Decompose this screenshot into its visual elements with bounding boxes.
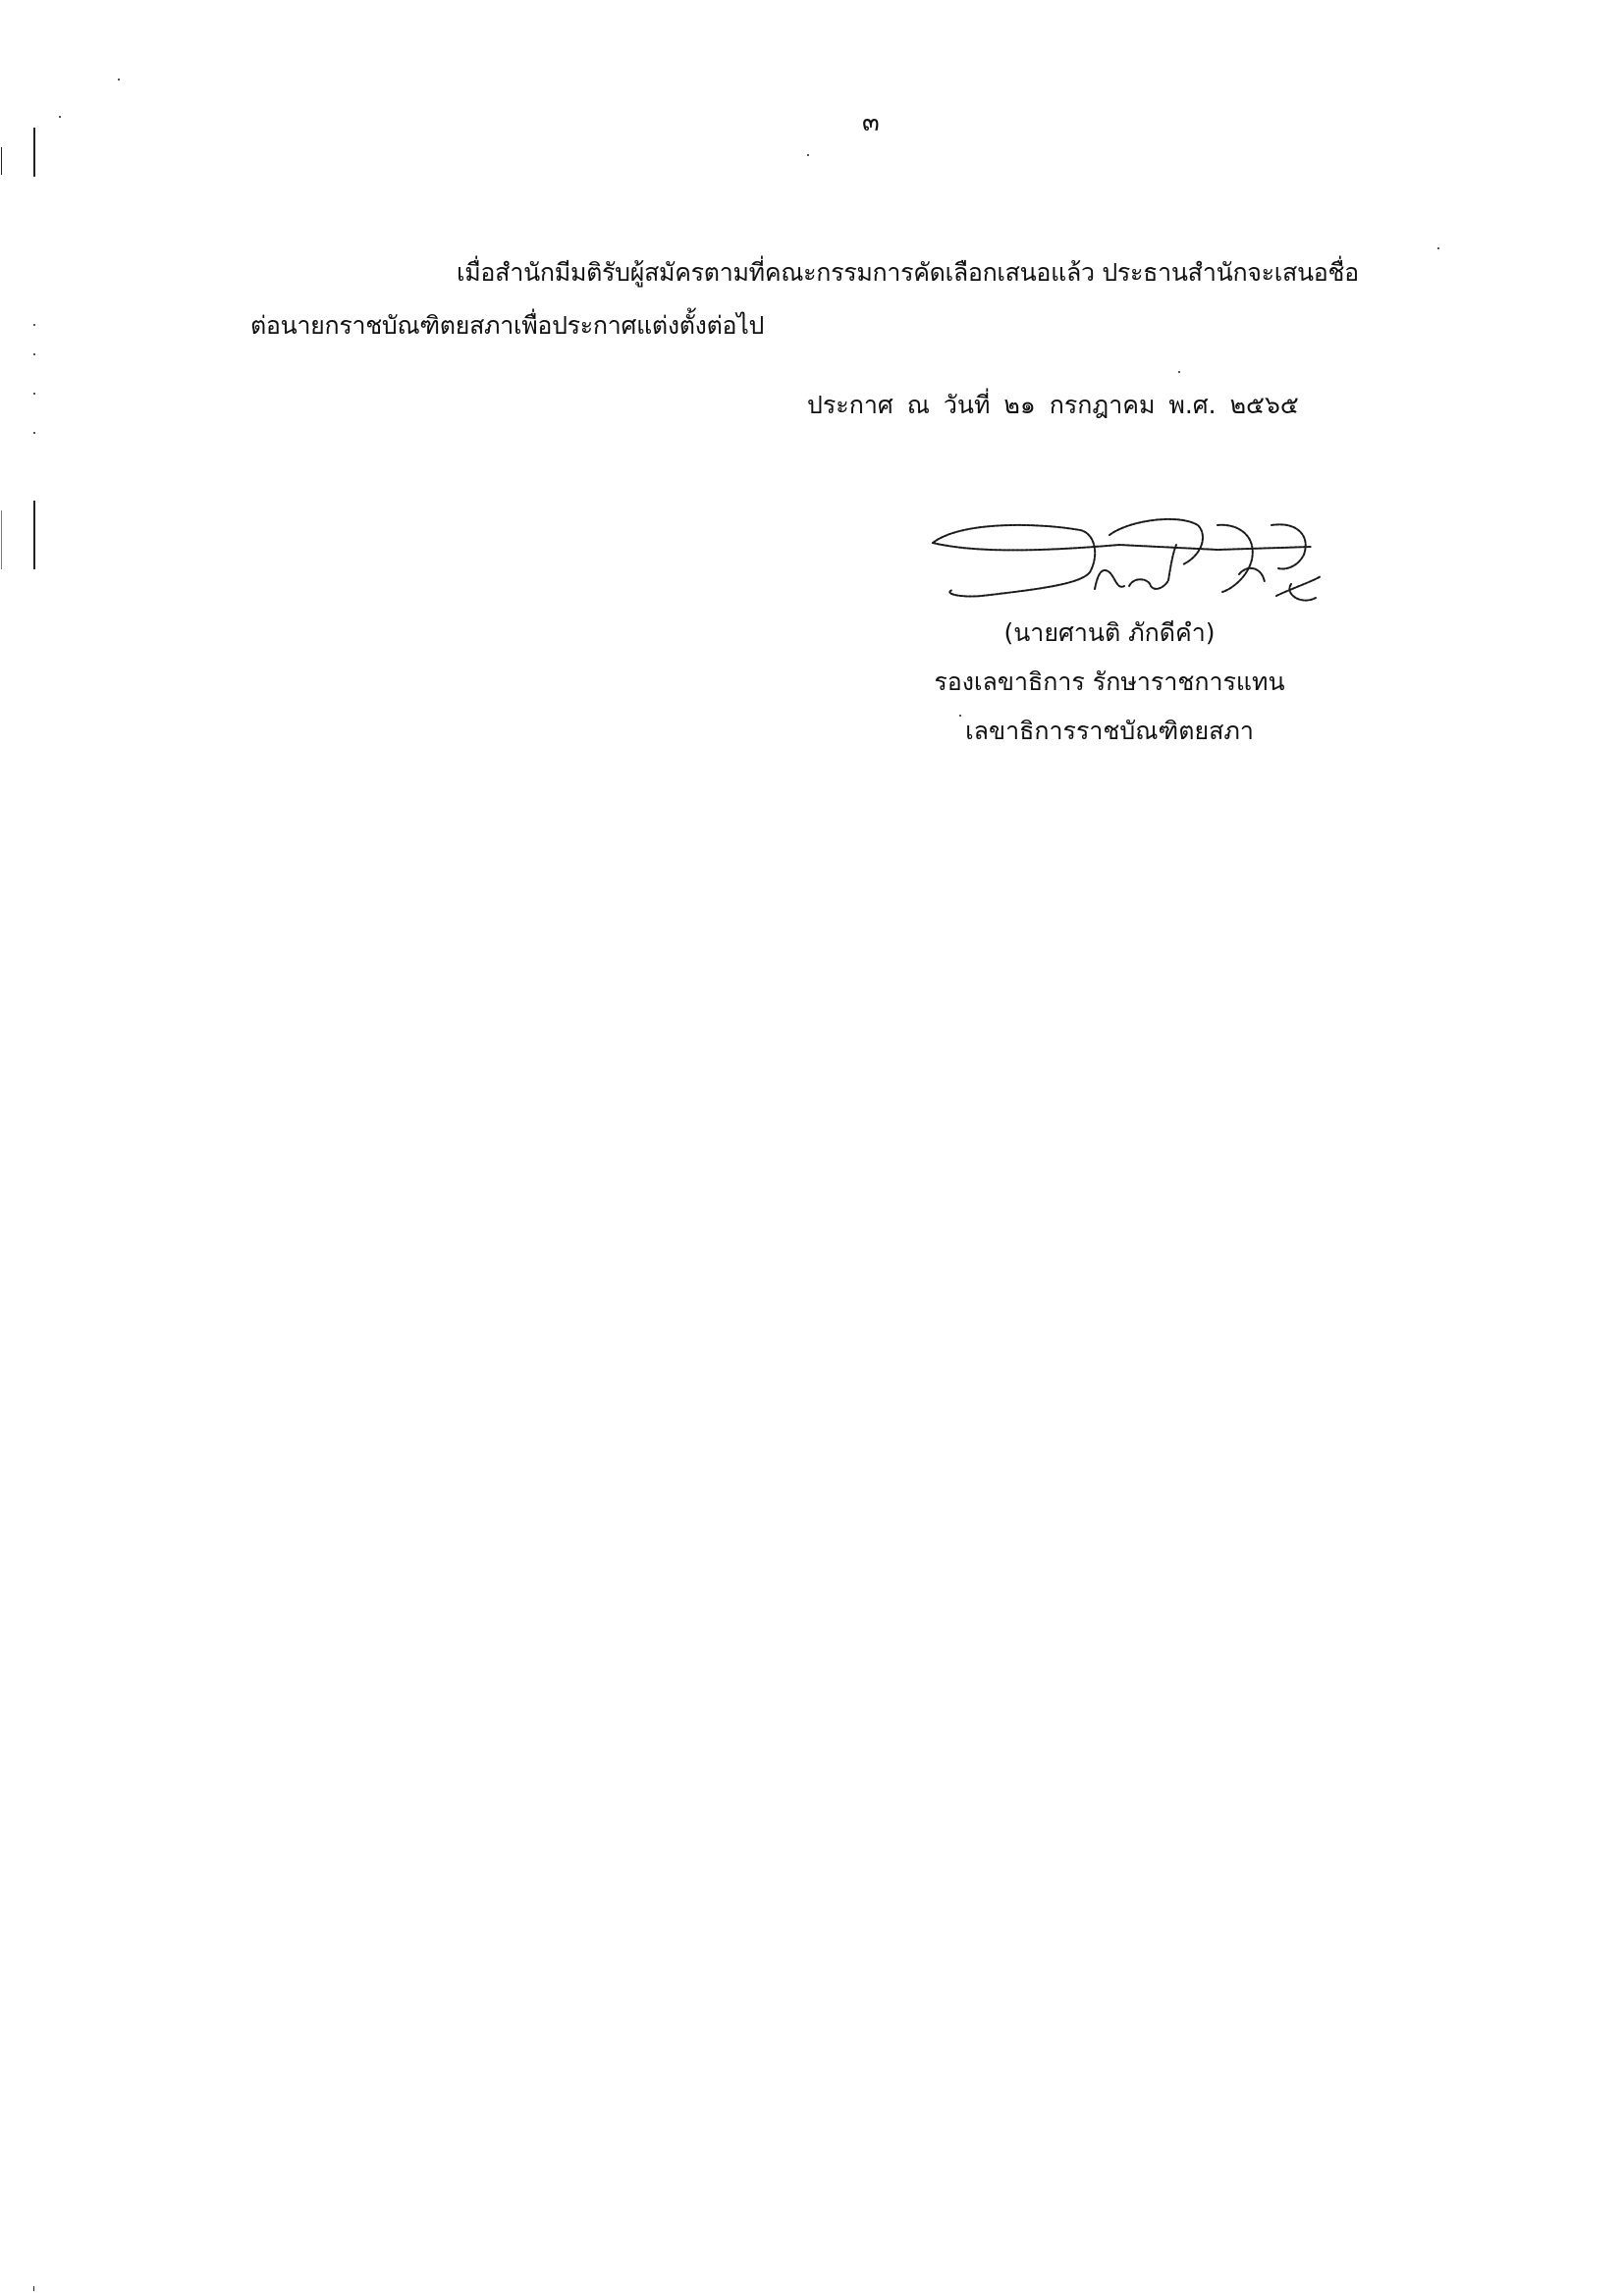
scan-artifact	[33, 324, 35, 326]
page-number: ๓	[862, 110, 880, 135]
scan-artifact	[33, 501, 35, 569]
scan-artifact	[33, 432, 35, 434]
scan-artifact	[118, 79, 120, 80]
scan-artifact	[1437, 247, 1439, 249]
signatory-block: (นายศานติ ภักดีคำ) รองเลขาธิการ รักษาราช…	[864, 609, 1355, 756]
signatory-position-line-1: รองเลขาธิการ รักษาราชการแทน	[864, 658, 1355, 707]
scan-artifact	[33, 2286, 34, 2291]
scan-artifact	[33, 128, 35, 177]
body-paragraph-line-2: ต่อนายกราชบัณฑิตยสภาเพื่อประกาศแต่งตั้งต…	[250, 306, 764, 346]
scan-artifact	[33, 393, 35, 395]
signature-icon	[923, 496, 1325, 604]
signatory-name: (นายศานติ ภักดีคำ)	[864, 609, 1355, 658]
document-page: ๓ เมื่อสำนักมีมติรับผู้สมัครตามที่คณะกรร…	[0, 0, 1623, 2296]
scan-artifact	[1, 510, 2, 569]
scan-artifact	[1, 147, 2, 175]
signatory-position-line-2: เลขาธิการราชบัณฑิตยสภา	[864, 707, 1355, 756]
scan-artifact	[33, 353, 35, 355]
announcement-date: ประกาศ ณ วันที่ ๒๑ กรกฎาคม พ.ศ. ๒๕๖๕	[807, 386, 1299, 425]
scan-artifact	[807, 154, 809, 156]
scan-artifact	[1178, 371, 1180, 373]
body-paragraph-line-1: เมื่อสำนักมีมติรับผู้สมัครตามที่คณะกรรมก…	[457, 253, 1359, 293]
scan-artifact	[59, 116, 61, 118]
